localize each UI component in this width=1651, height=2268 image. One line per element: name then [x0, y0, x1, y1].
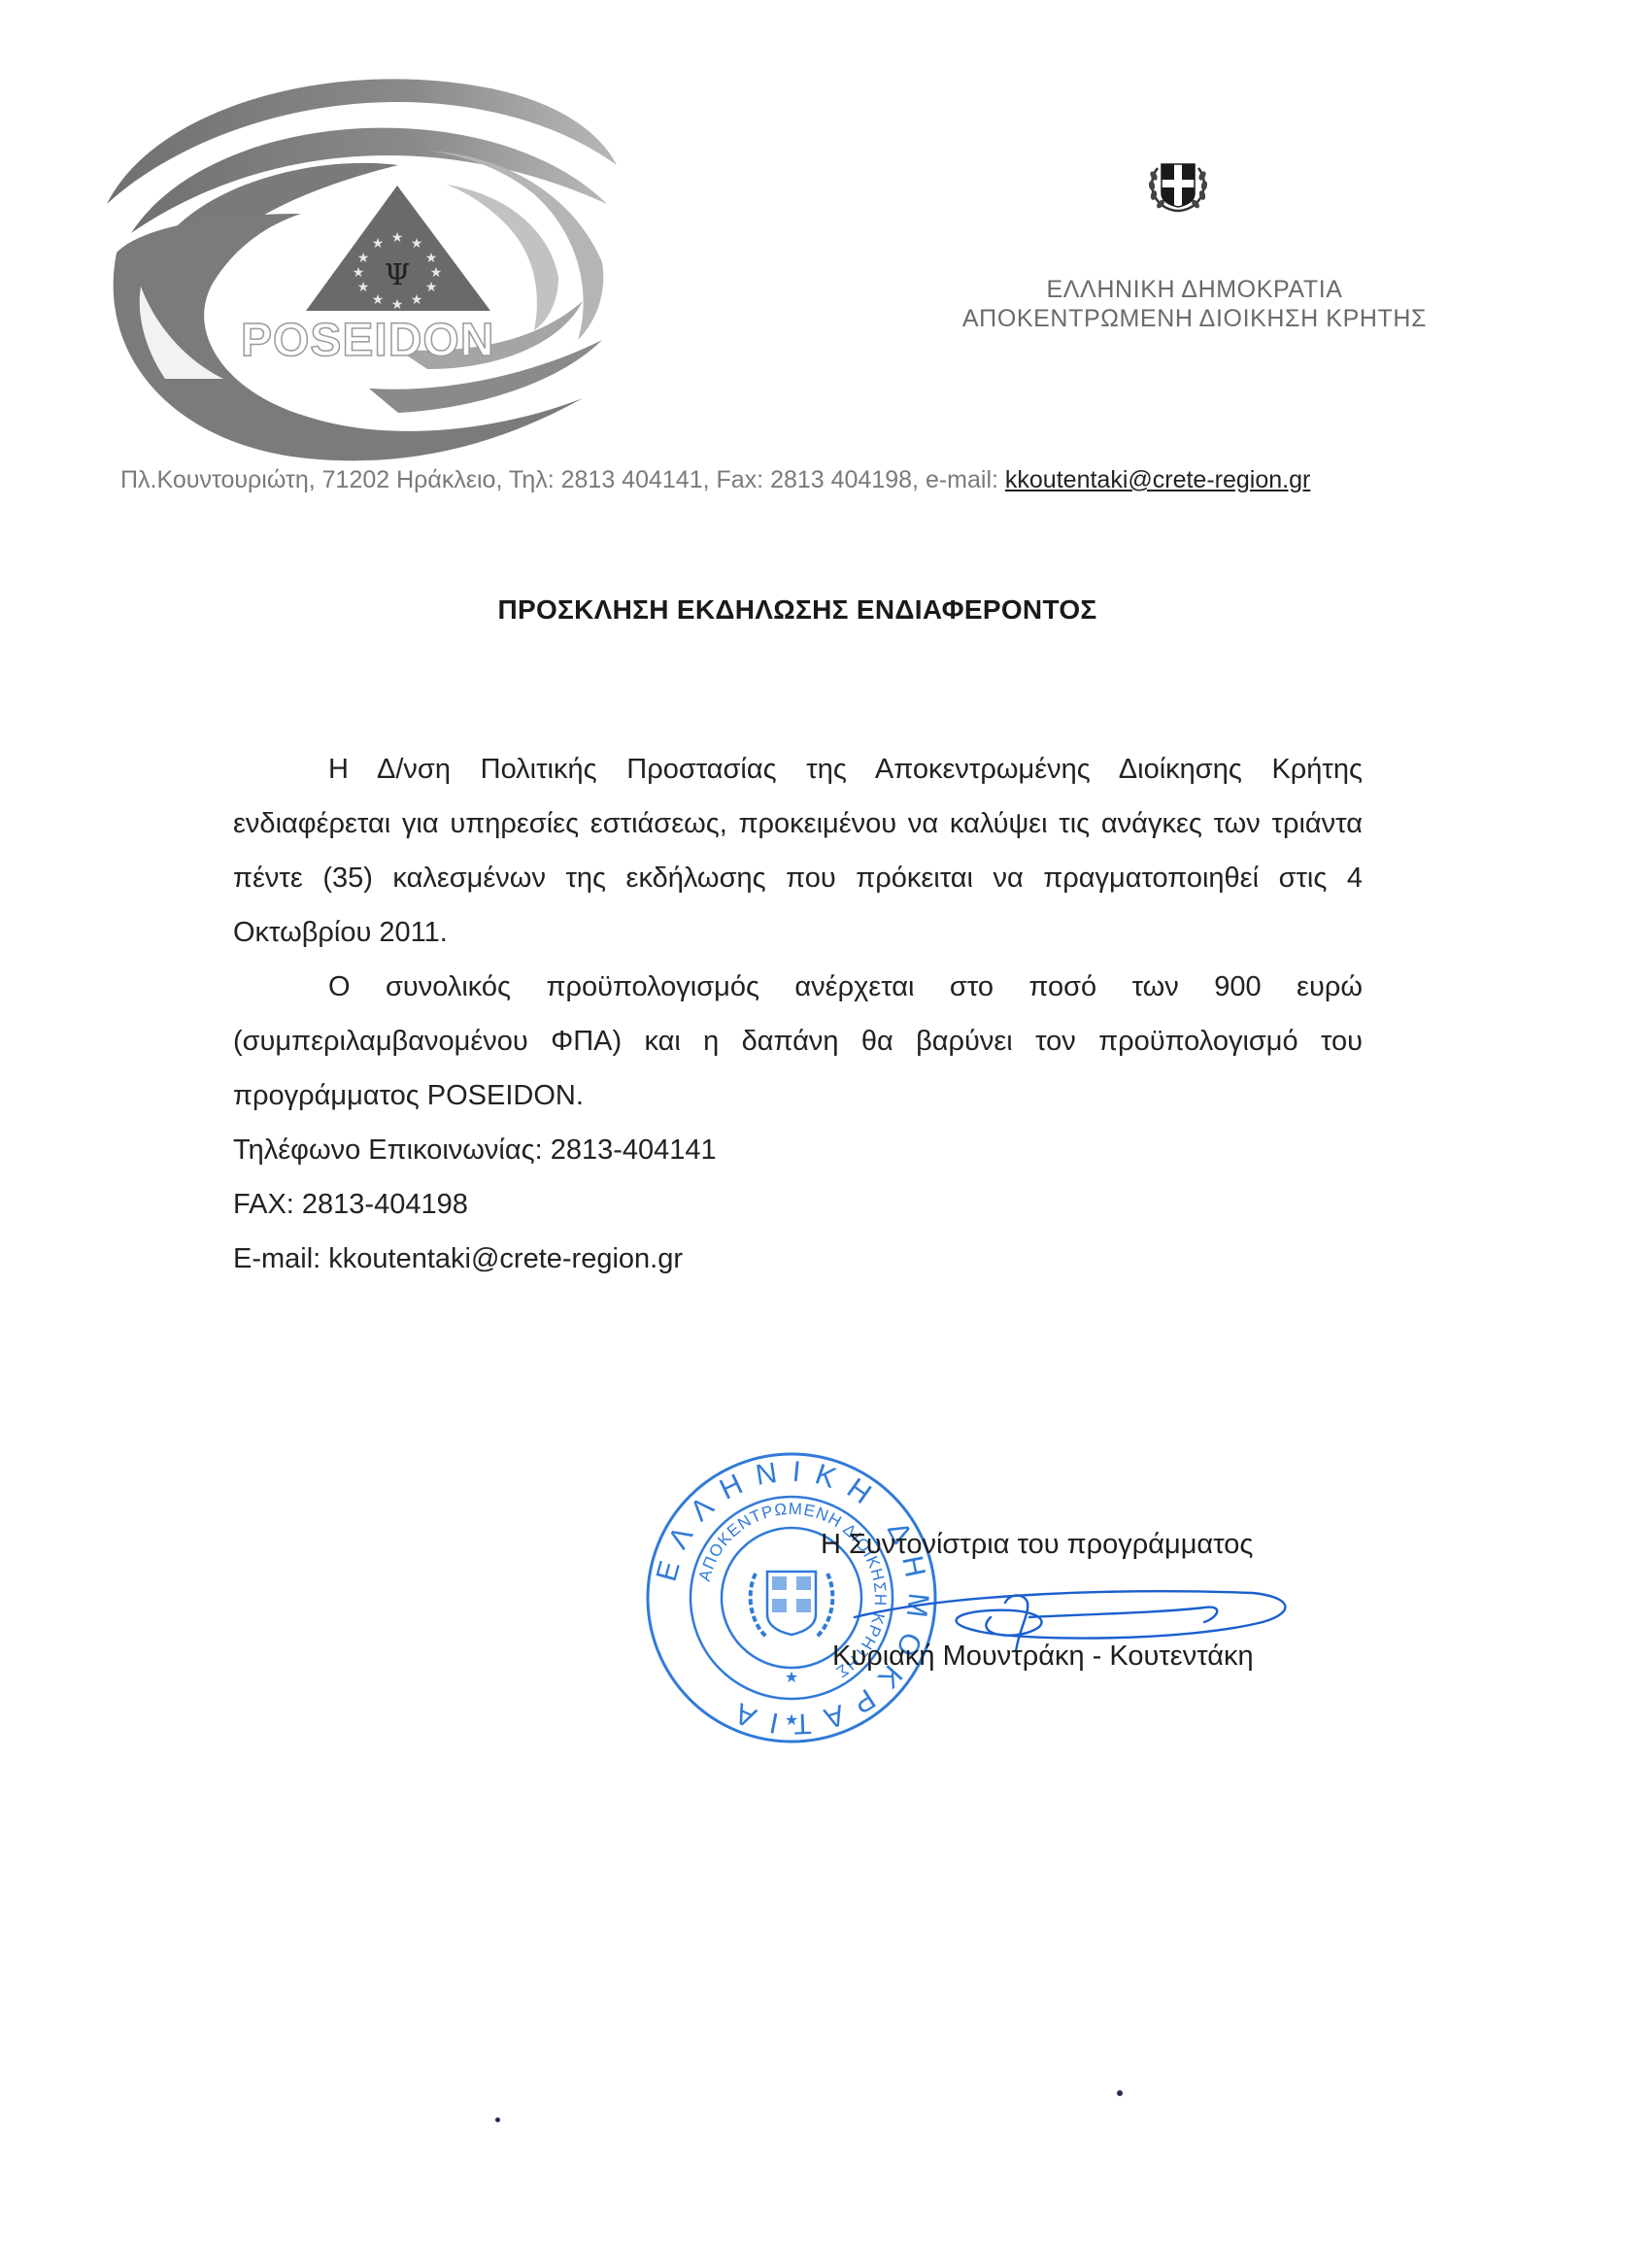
poseidon-logo: ★ ★ ★ ★ ★ ★ ★ ★ ★ ★ ★ ★ Ψ POSEIDON [78, 58, 622, 476]
signatory-name: Κυριακή Μουντράκη - Κουτεντάκη [832, 1641, 1254, 1673]
poseidon-wave-logo-icon: ★ ★ ★ ★ ★ ★ ★ ★ ★ ★ ★ ★ Ψ POSEIDON [78, 58, 622, 476]
org-line-republic: ΕΛΛΗΝΙΚΗ ΔΗΜΟΚΡΑΤΙΑ [913, 275, 1476, 304]
document-body: Η Δ/νση Πολιτικής Προστασίας της Αποκεντ… [233, 742, 1363, 1286]
svg-text:★: ★ [357, 251, 370, 266]
svg-text:★: ★ [411, 292, 423, 308]
svg-text:★: ★ [425, 280, 438, 295]
stamp-coat-of-arms-icon [751, 1572, 833, 1638]
issuing-authority: ΕΛΛΗΝΙΚΗ ΔΗΜΟΚΡΑΤΙΑ ΑΠΟΚΕΝΤΡΩΜΕΝΗ ΔΙΟΙΚΗ… [913, 275, 1476, 333]
svg-text:★: ★ [785, 1668, 798, 1686]
handwritten-signature [835, 1574, 1301, 1651]
scan-speck [495, 2117, 500, 2122]
signatory-role: Η Συντονίστρια του προγράμματος [821, 1529, 1253, 1561]
document-title: ΠΡΟΣΚΛΗΣΗ ΕΚΔΗΛΩΣΗΣ ΕΝΔΙΑΦΕΡΟΝΤΟΣ [0, 594, 1595, 626]
address-line: Πλ.Κουντουριώτη, 71202 Ηράκλειο, Τηλ: 28… [120, 466, 1480, 494]
svg-text:★: ★ [391, 230, 404, 246]
contact-phone: Τηλέφωνο Επικοινωνίας: 2813-404141 [233, 1123, 1363, 1177]
address-email-link[interactable]: kkoutentaki@crete-region.gr [1005, 466, 1310, 493]
address-text: Πλ.Κουντουριώτη, 71202 Ηράκλειο, Τηλ: 28… [120, 466, 1005, 493]
svg-text:POSEIDON: POSEIDON [241, 315, 494, 366]
contact-email[interactable]: E-mail: kkoutentaki@crete-region.gr [233, 1232, 1363, 1286]
svg-text:★: ★ [785, 1710, 798, 1729]
scan-speck [1117, 2090, 1123, 2096]
org-line-administration: ΑΠΟΚΕΝΤΡΩΜΕΝΗ ΔΙΟΙΚΗΣΗ ΚΡΗΤΗΣ [913, 304, 1476, 333]
svg-text:★: ★ [430, 265, 443, 281]
svg-text:★: ★ [357, 280, 370, 295]
paragraph-catering-request: Η Δ/νση Πολιτικής Προστασίας της Αποκεντ… [233, 742, 1363, 960]
paragraph-budget: Ο συνολικός προϋπολογισμός ανέρχεται στο… [233, 960, 1363, 1123]
contact-fax: FAX: 2813-404198 [233, 1177, 1363, 1232]
svg-text:★: ★ [372, 236, 385, 252]
svg-text:Ψ: Ψ [385, 258, 410, 292]
svg-text:★: ★ [372, 292, 385, 308]
svg-text:★: ★ [411, 236, 423, 252]
greek-coat-of-arms-icon [1144, 151, 1212, 219]
svg-text:★: ★ [391, 297, 404, 313]
svg-text:★: ★ [425, 251, 438, 266]
svg-text:★: ★ [353, 265, 365, 281]
